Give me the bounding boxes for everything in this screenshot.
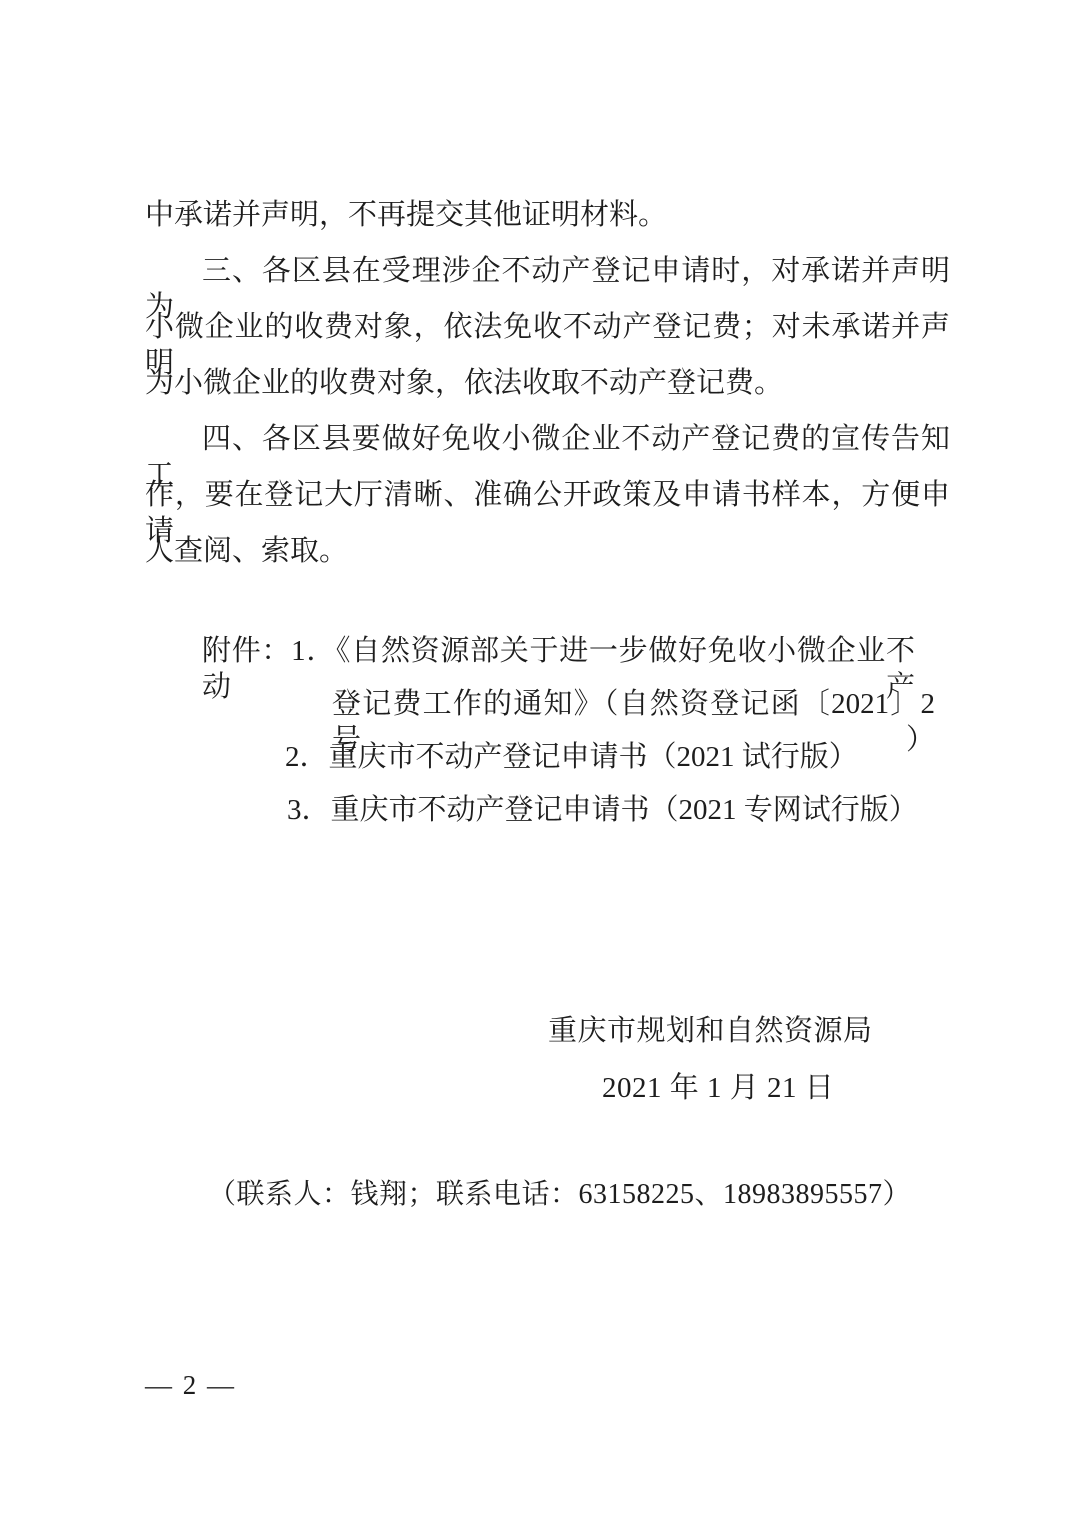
attachments-section: 附件：1．《自然资源部关于进一步做好免收小微企业不动产 登记费工作的通知》（自然…: [145, 633, 950, 845]
contact-info-line: （联系人：钱翔；联系电话：63158225、18983895557）: [208, 1172, 911, 1212]
body-line-6: 作，要在登记大厅清晰、准确公开政策及申请书样本，方便申请: [145, 477, 950, 533]
body-line-3: 小微企业的收费对象，依法免收不动产登记费；对未承诺并声明: [145, 309, 950, 365]
body-line-5: 四、各区县要做好免收小微企业不动产登记费的宣传告知工: [145, 421, 950, 477]
issuing-agency-signature: 重庆市规划和自然资源局: [548, 1008, 873, 1049]
document-page: 中承诺并声明，不再提交其他证明材料。 三、各区县在受理涉企不动产登记申请时，对承…: [0, 0, 1074, 1520]
body-paragraphs: 中承诺并声明，不再提交其他证明材料。 三、各区县在受理涉企不动产登记申请时，对承…: [145, 197, 950, 589]
attachment-item-1-line-2: 登记费工作的通知》（自然资登记函〔2021〕2 号）: [332, 686, 935, 739]
body-line-4: 为小微企业的收费对象，依法收取不动产登记费。: [145, 365, 950, 421]
body-line-1: 中承诺并声明，不再提交其他证明材料。: [145, 197, 950, 253]
attachment-item-2: 2．重庆市不动产登记申请书（2021 试行版）: [285, 739, 950, 792]
body-line-7: 人查阅、索取。: [145, 533, 950, 589]
page-number: — 2 —: [145, 1370, 236, 1401]
body-line-2: 三、各区县在受理涉企不动产登记申请时，对承诺并声明为: [145, 253, 950, 309]
issue-date: 2021 年 1 月 21 日: [602, 1065, 834, 1106]
attachment-item-1-line-1: 附件：1．《自然资源部关于进一步做好免收小微企业不动产: [202, 633, 915, 686]
attachment-item-3: 3．重庆市不动产登记申请书（2021 专网试行版）: [287, 792, 950, 845]
